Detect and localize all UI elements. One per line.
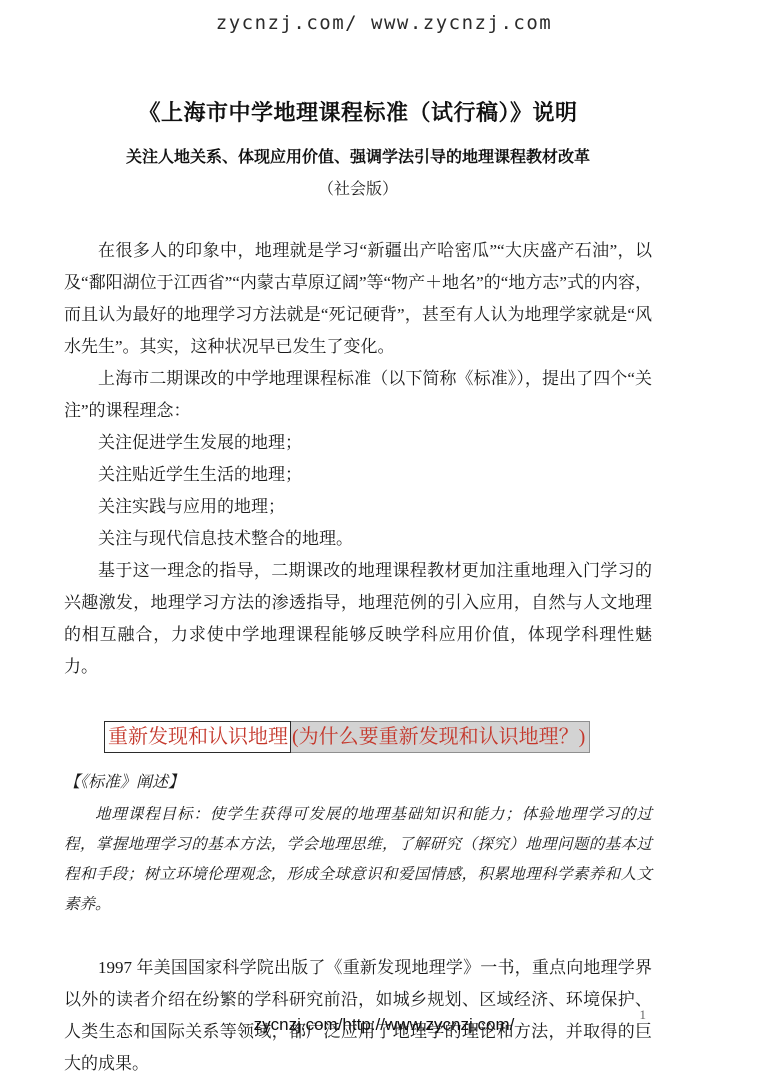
document-title: 《上海市中学地理课程标准（试行稿）》说明: [64, 96, 652, 127]
section-heading-main-text: 重新发现和认识地理: [104, 721, 291, 753]
concept-item-2: 关注贴近学生生活的地理；: [64, 459, 652, 491]
concept-item-4: 关注与现代信息技术整合的地理。: [64, 523, 652, 555]
document-page: zycnzj.com/ www.zycnzj.com 《上海市中学地理课程标准（…: [0, 0, 768, 1087]
concept-item-1: 关注促进学生发展的地理；: [64, 427, 652, 459]
intro-section: 在很多人的印象中，地理就是学习“新疆出产哈密瓜”“大庆盛产石油”，以及“鄱阳湖位…: [64, 235, 652, 683]
document-body: 《上海市中学地理课程标准（试行稿）》说明 关注人地关系、体现应用价值、强调学法引…: [64, 96, 652, 1080]
intro-paragraph-3: 基于这一理念的指导，二期课改的地理课程教材更加注重地理入门学习的兴趣激发，地理学…: [64, 555, 652, 683]
document-subtitle: 关注人地关系、体现应用价值、强调学法引导的地理课程教材改革: [64, 144, 652, 167]
intro-paragraph-1: 在很多人的印象中，地理就是学习“新疆出产哈密瓜”“大庆盛产石油”，以及“鄱阳湖位…: [64, 235, 652, 363]
section-heading-highlight-box: 重新发现和认识地理(为什么要重新发现和认识地理？): [104, 721, 590, 753]
standard-citation-text: 地理课程目标：使学生获得可发展的地理基础知识和能力；体验地理学习的过程，掌握地理…: [64, 800, 652, 920]
document-edition-label: （社会版）: [64, 176, 652, 199]
section-heading: 重新发现和认识地理(为什么要重新发现和认识地理？): [104, 721, 652, 753]
concept-item-3: 关注实践与应用的地理；: [64, 491, 652, 523]
footer-watermark-url: zycnzj.com/http://www.zycnzj.com/: [0, 1015, 768, 1035]
standard-citation-label: 【《标准》阐述】: [64, 769, 652, 792]
header-watermark-url: zycnzj.com/ www.zycnzj.com: [0, 12, 768, 34]
section-heading-question-text: (为什么要重新发现和认识地理？): [291, 722, 589, 752]
intro-paragraph-2: 上海市二期课改的中学地理课程标准（以下简称《标准》），提出了四个“关注”的课程理…: [64, 363, 652, 427]
